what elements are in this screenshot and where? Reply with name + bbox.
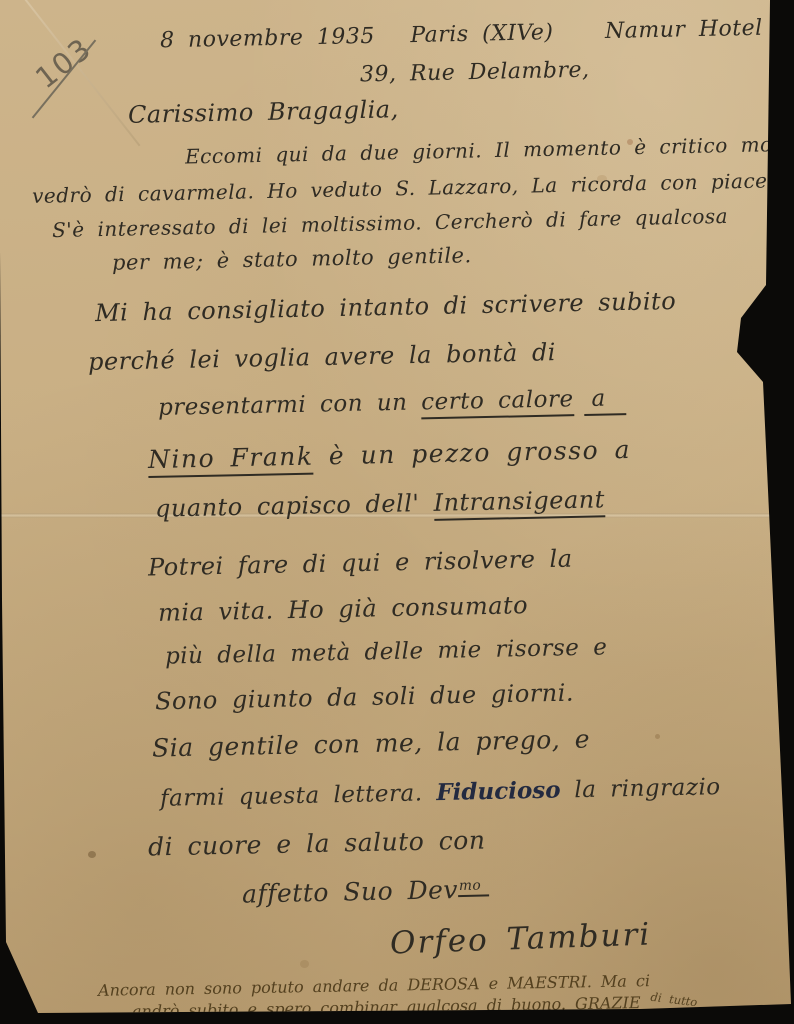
hotel-address: 39, Rue Delambre, — [360, 58, 590, 88]
stain-spot — [300, 960, 309, 968]
underlined-phrase: Intransigeant — [433, 485, 605, 521]
handwritten-line: Potrei fare di qui e risolvere la — [148, 545, 573, 582]
underlined-phrase: a — [583, 385, 626, 416]
handwritten-line: farmi questa lettera. Fiducioso la ringr… — [160, 773, 721, 812]
closing-superscript: mo — [458, 878, 490, 898]
line-text: la ringrazio — [560, 774, 721, 803]
salutation: Carissimo Bragaglia, — [128, 95, 399, 129]
letter-dateline: 8 novembre 1935 Paris (XIVe) Namur Hotel — [160, 16, 763, 54]
handwritten-line: Nino Frank è un pezzo grosso a — [148, 435, 631, 474]
stain-spot — [655, 734, 660, 739]
letter-date: 8 novembre 1935 — [160, 24, 375, 53]
handwritten-line: vedrò di cavarmela. Ho veduto S. Lazzaro… — [32, 168, 790, 208]
handwritten-line: mia vita. Ho già consumato — [158, 591, 529, 627]
handwritten-line: di cuore e la saluto con — [148, 825, 486, 861]
postscript-text: andrò subito e spero combinar qualcosa d… — [132, 994, 575, 1021]
underlined-phrase: Nino Frank — [148, 442, 314, 478]
handwritten-line: perché lei voglia avere la bontà di — [88, 338, 556, 376]
handwritten-line: presentarmi con un certo calorea — [158, 385, 626, 421]
handwritten-line: per me; è stato molto gentile. — [112, 243, 472, 275]
letter-place: Paris (XIVe) — [410, 20, 554, 48]
line-text: è un pezzo grosso a — [313, 435, 631, 471]
line-text: quanto capisco dell' — [155, 489, 434, 523]
postscript-thanks-small: di tutto — [649, 990, 697, 1010]
hotel-name: Namur Hotel — [605, 16, 763, 44]
handwritten-line: quanto capisco dell' Intransigeant — [155, 485, 605, 522]
postscript-thanks: GRAZIE — [575, 993, 650, 1013]
closing-text: affetto Suo Dev — [242, 875, 459, 909]
line-text: presentarmi con un — [158, 389, 422, 421]
archive-number: 103 — [29, 31, 98, 96]
letter-paper: 103 8 novembre 1935 Paris (XIVe) Namur H… — [0, 0, 794, 1024]
closing-line: affetto Suo Devmo — [242, 874, 490, 908]
letter-scan: 103 8 novembre 1935 Paris (XIVe) Namur H… — [0, 0, 794, 1024]
handwritten-line: più della metà delle mie risorse e — [165, 634, 608, 669]
handwritten-line: Eccomi qui da due giorni. Il momento è c… — [185, 131, 794, 168]
underlined-phrase: certo calore — [421, 386, 574, 419]
handwritten-line: Mi ha consigliato intanto di scrivere su… — [95, 287, 677, 327]
overwritten-word: Fiducioso — [436, 776, 561, 806]
line-text: farmi questa lettera. — [160, 780, 437, 812]
handwritten-line: Sia gentile con me, la prego, e — [152, 724, 591, 762]
handwritten-line: Sono giunto da soli due giorni. — [155, 679, 575, 716]
handwritten-line: S'è interessato di lei moltissimo. Cerch… — [52, 204, 729, 242]
signature: Orfeo Tamburi — [389, 916, 651, 961]
stain-spot — [88, 851, 96, 858]
